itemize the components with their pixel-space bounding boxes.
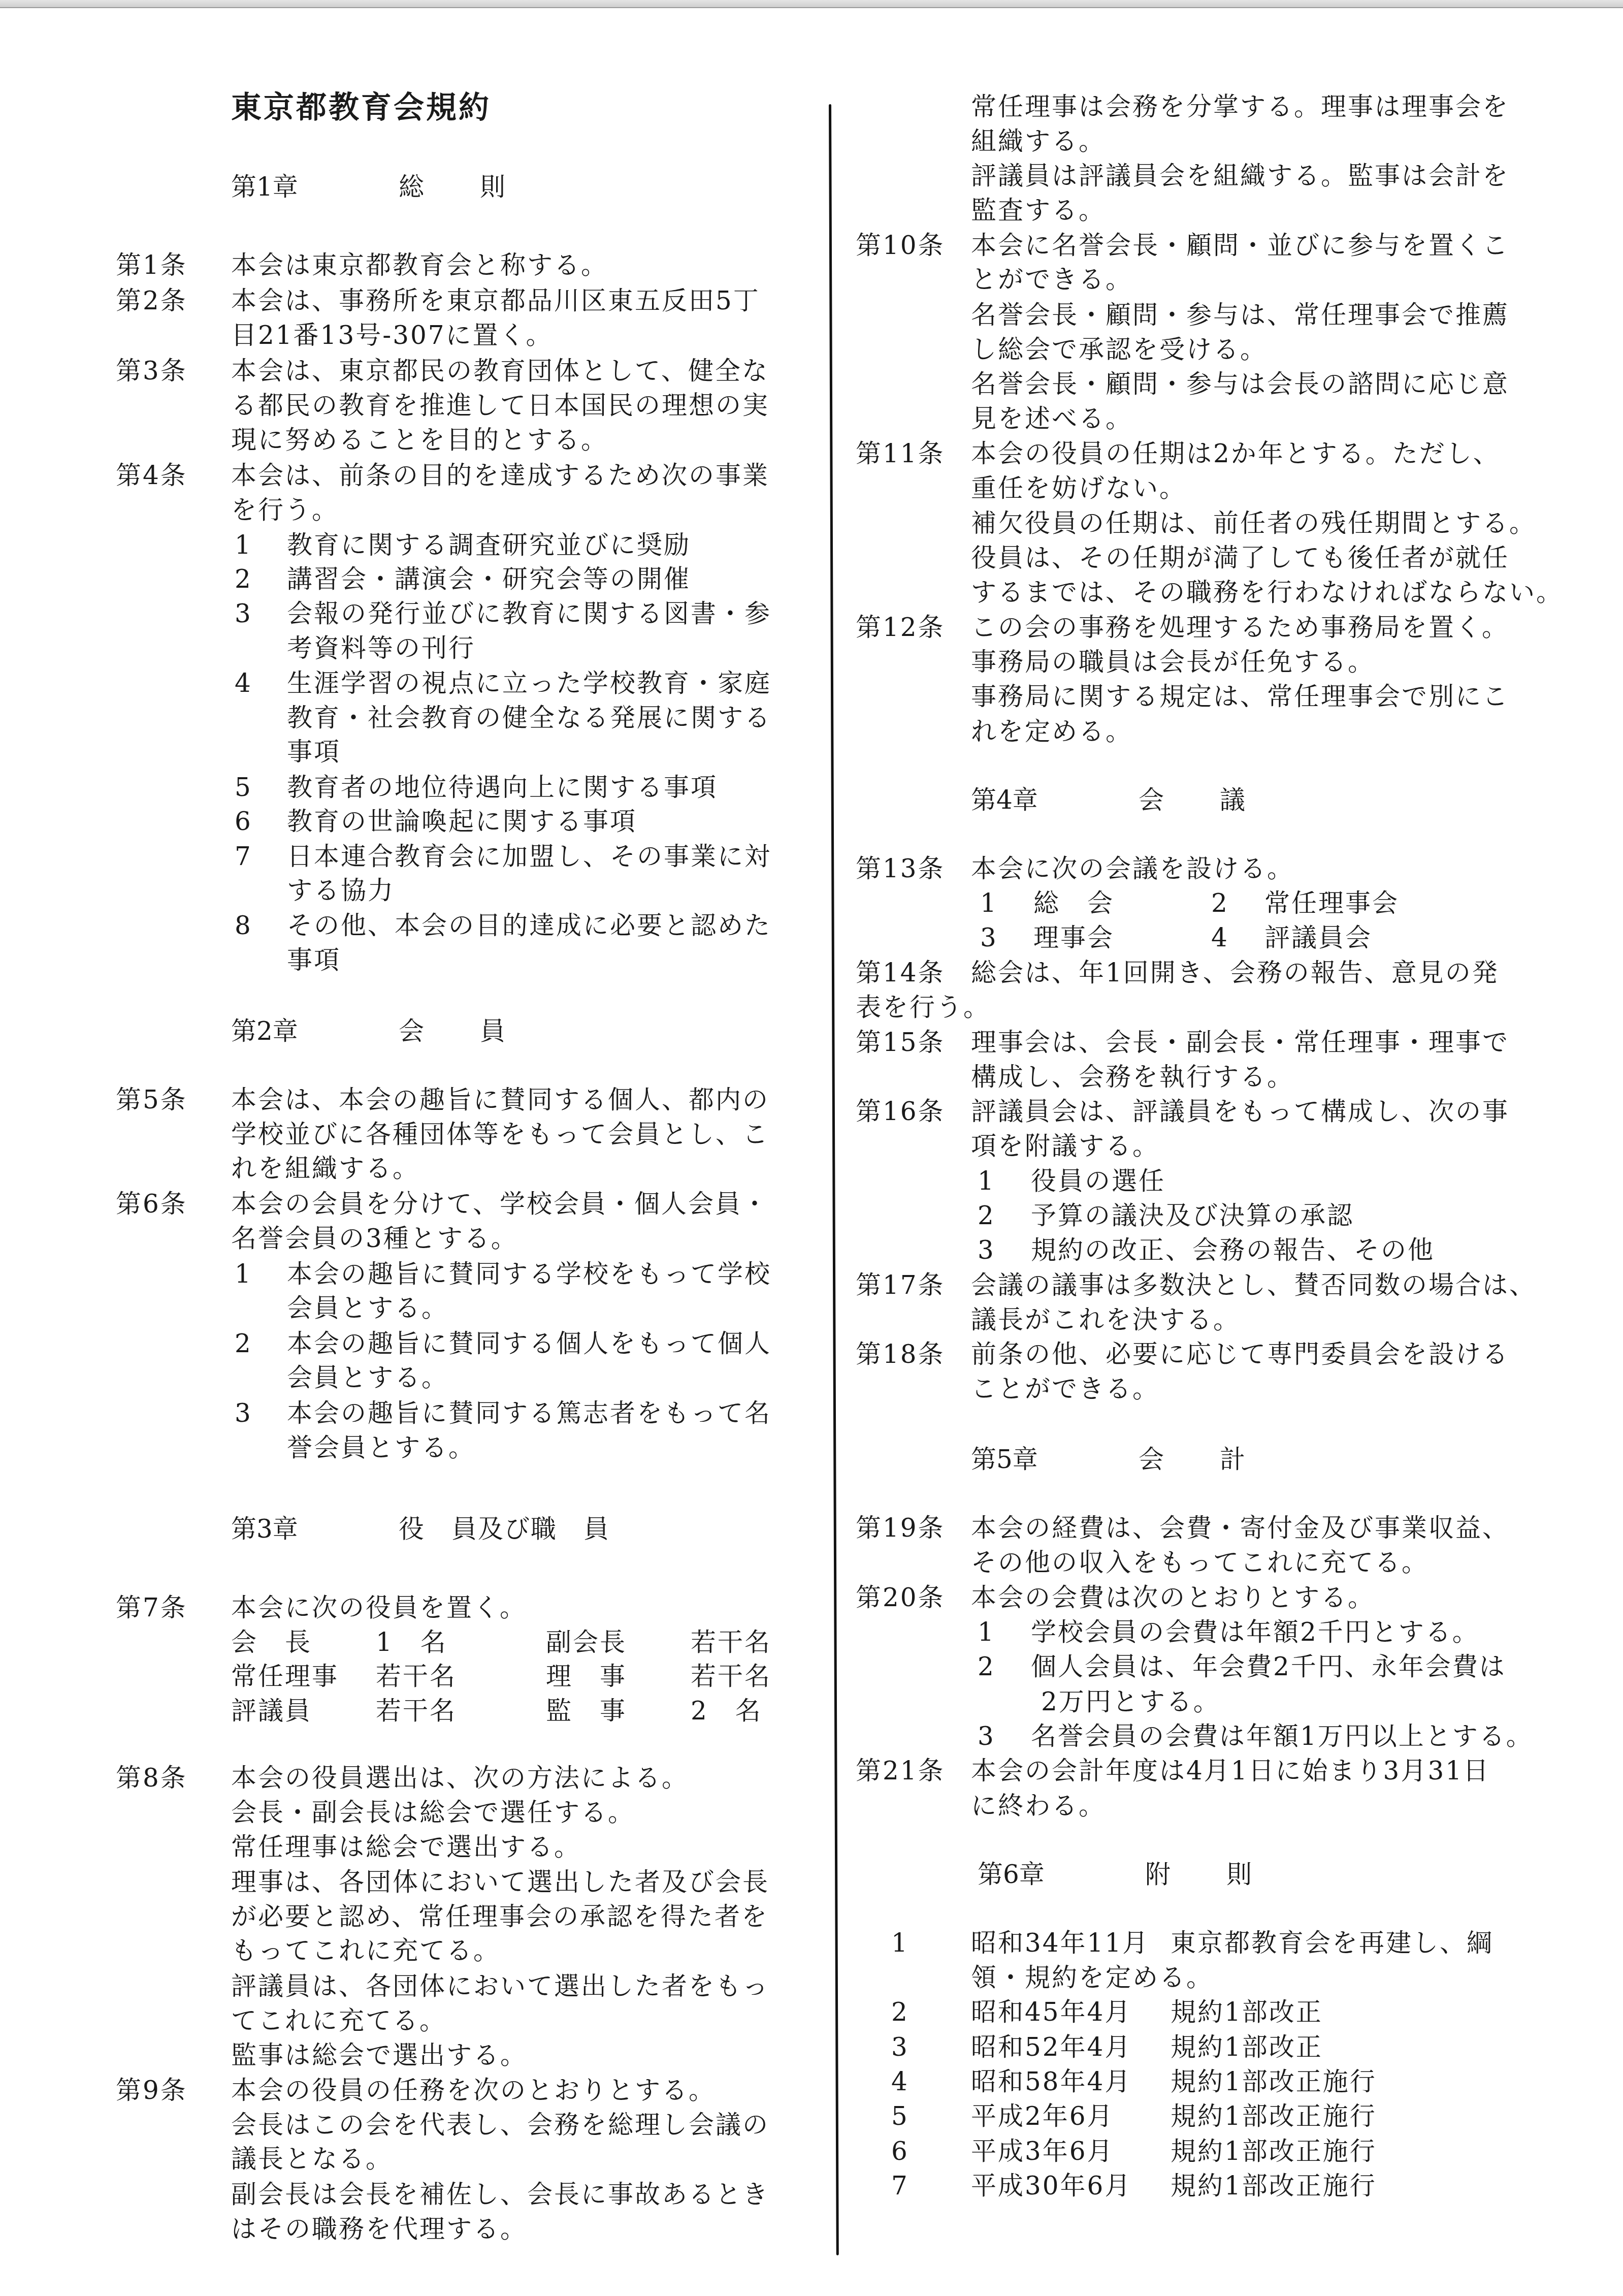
article-text: れを組織する。 [231, 1151, 419, 1186]
history-number: 1 [891, 1926, 909, 1960]
article-text: 副会長は会長を補佐し、会長に事故あるとき [231, 2177, 769, 2212]
article-label: 第19条 [856, 1511, 945, 1545]
article-text: 会員とする。 [287, 1360, 448, 1395]
article-text: 常任理事は会務を分掌する。理事は理事会を [971, 89, 1509, 124]
chapter-name-char: 則 [1226, 1857, 1252, 1892]
article-text: 教育者の地位待遇向上に関する事項 [287, 770, 718, 805]
article-label: 第18条 [856, 1337, 945, 1372]
article-text: 本会の役員の任務を次のとおりとする。 [231, 2073, 716, 2108]
article-text: 重任を妨げない。 [971, 471, 1186, 505]
table-cell: 2 [1211, 886, 1229, 920]
article-text: 会員とする。 [287, 1291, 448, 1325]
article-text: 理事は、各団体において選出した者及び会長 [231, 1865, 769, 1899]
history-date: 平成30年6月 [971, 2169, 1131, 2203]
item-number: 4 [235, 666, 252, 700]
article-text: 見を述べる。 [971, 401, 1132, 436]
article-text: 本会の趣旨に賛同する篤志者をもって名 [287, 1396, 771, 1430]
article-label: 第21条 [856, 1753, 945, 1788]
article-text: その他、本会の目的達成に必要と認めた [287, 908, 771, 943]
article-text: 本会に次の会議を設ける。 [971, 851, 1294, 886]
article-text: 本会は、事務所を東京都品川区東五反田5丁 [231, 283, 760, 318]
table-cell: 理 事 [546, 1659, 627, 1694]
item-number: 7 [235, 839, 252, 874]
article-text: その他の収入をもってこれに充てる。 [971, 1545, 1429, 1580]
article-text: 前条の他、必要に応じて専門委員会を設ける [971, 1337, 1509, 1372]
table-cell: 1 [980, 886, 998, 920]
table-cell: 1 名 [376, 1625, 447, 1660]
article-label: 第12条 [856, 610, 945, 645]
table-cell: 総 会 [1033, 886, 1114, 920]
chapter-name-char: 計 [1220, 1442, 1245, 1477]
article-text: 本会は、東京都民の教育団体として、健全な [231, 354, 769, 388]
article-text: はその職務を代理する。 [231, 2212, 527, 2246]
history-description: 規約1部改正施行 [1171, 2099, 1377, 2133]
article-text: 本会の会計年度は4月1日に始まり3月31日 [971, 1753, 1490, 1788]
chapter-name-char: 議 [1220, 783, 1245, 817]
article-text: 本会に次の役員を置く。 [231, 1590, 527, 1625]
history-date: 昭和58年4月 [971, 2064, 1131, 2099]
chapter-name-char: 会 [1139, 783, 1164, 817]
article-text: 名誉会長・顧問・参与は会長の諮問に応じ意 [971, 367, 1509, 401]
history-description: 規約1部改正施行 [1171, 2169, 1377, 2203]
article-label: 第20条 [856, 1580, 945, 1615]
article-text: 会長・副会長は総会で選任する。 [231, 1795, 635, 1830]
article-text: 本会の趣旨に賛同する個人をもって個人 [287, 1326, 771, 1361]
item-number: 1 [978, 1164, 995, 1198]
article-text: 総会は、年1回開き、会務の報告、意見の発 [971, 955, 1499, 990]
chapter-name-char: 総 [399, 170, 424, 204]
chapter-name: 会議 [1139, 783, 1245, 817]
article-text: 本会の趣旨に賛同する学校をもって学校 [287, 1257, 771, 1291]
article-text: 役員は、その任期が満了しても後任者が就任 [971, 540, 1509, 575]
history-number: 5 [891, 2099, 909, 2133]
table-cell: 評議員 [231, 1694, 312, 1728]
table-cell: 常任理事会 [1264, 886, 1399, 920]
article-text: 常任理事は総会で選出する。 [231, 1830, 581, 1864]
article-text: 本会の役員選出は、次の方法による。 [231, 1761, 689, 1795]
chapter-name: 会計 [1139, 1442, 1245, 1477]
column-divider [829, 104, 839, 2255]
item-number: 2 [978, 1198, 995, 1233]
article-text: 規約の改正、会務の報告、その他 [1031, 1233, 1435, 1267]
article-text: 誉会員とする。 [287, 1430, 475, 1465]
article-text: 議長がこれを決する。 [971, 1302, 1240, 1337]
article-label: 第11条 [856, 436, 945, 471]
article-text: 本会の会費は次のとおりとする。 [971, 1580, 1375, 1615]
article-text: 役員の選任 [1031, 1164, 1165, 1198]
article-text: 教育に関する調査研究並びに奨励 [287, 528, 691, 562]
article-text: 本会の経費は、会費・寄付金及び事業収益、 [971, 1511, 1509, 1545]
chapter-number: 第3章 [231, 1512, 298, 1546]
article-text: 本会は、前条の目的を達成するため次の事業 [231, 458, 769, 493]
item-number: 3 [235, 1396, 252, 1430]
item-number: 3 [978, 1233, 995, 1267]
article-text: 本会に名誉会長・顧問・並びに参与を置くこ [971, 228, 1509, 263]
article-text: 監事は総会で選出する。 [231, 2038, 527, 2072]
table-cell: 3 [980, 920, 998, 955]
article-label: 第4条 [116, 458, 187, 493]
chapter-number: 第5章 [971, 1442, 1038, 1477]
article-text: 表を行う。 [856, 990, 990, 1025]
history-description: 規約1部改正 [1171, 1995, 1323, 2029]
table-cell: 会 長 [231, 1625, 312, 1660]
history-number: 6 [891, 2134, 909, 2169]
article-text: する協力 [287, 873, 395, 908]
article-text: 考資料等の刊行 [287, 631, 475, 665]
article-text: が必要と認め、常任理事会の承認を得た者を [231, 1899, 768, 1934]
article-text: 2万円とする。 [1041, 1684, 1220, 1719]
article-text: 評議員会は、評議員をもって構成し、次の事 [971, 1094, 1509, 1129]
article-text: 本会は、本会の趣旨に賛同する個人、都内の [231, 1082, 769, 1117]
article-text: る都民の教育を推進して日本国民の理想の実 [231, 388, 769, 423]
article-text: 事項 [287, 735, 341, 769]
article-text: とができる。 [971, 262, 1132, 297]
item-number: 8 [235, 908, 252, 943]
chapter-name-char: 会 [1139, 1442, 1164, 1477]
article-text: 事務局の職員は会長が任免する。 [971, 645, 1375, 679]
item-number: 1 [235, 528, 252, 562]
article-label: 第16条 [856, 1094, 945, 1129]
table-cell: 若干名 [691, 1659, 771, 1694]
history-number: 2 [891, 1995, 909, 2029]
chapter-number: 第4章 [971, 783, 1038, 817]
chapter-name: 総則 [399, 170, 505, 204]
article-text: 名誉会員の3種とする。 [231, 1221, 518, 1256]
article-label: 第6条 [116, 1187, 187, 1221]
article-text: 補欠役員の任期は、前任者の残任期間とする。 [971, 506, 1536, 540]
article-text: 会長はこの会を代表し、会務を総理し会議の [231, 2108, 769, 2142]
history-description: 規約1部改正施行 [1171, 2064, 1377, 2099]
article-text: に終わる。 [971, 1789, 1106, 1823]
article-text: 理事会は、会長・副会長・常任理事・理事で [971, 1025, 1509, 1060]
article-label: 第3条 [116, 354, 187, 388]
chapter-name-char: 員 [480, 1014, 505, 1048]
article-text: 個人会員は、年会費2千円、永年会費は [1031, 1649, 1506, 1684]
article-text: 名誉会長・顧問・参与は、常任理事会で推薦 [971, 298, 1509, 332]
item-number: 2 [235, 562, 252, 596]
article-label: 第10条 [856, 228, 945, 263]
article-text: 目21番13号-307に置く。 [231, 318, 553, 353]
chapter-name: 会員 [399, 1014, 505, 1048]
table-cell: 若干名 [691, 1625, 771, 1660]
article-label: 第5条 [116, 1082, 187, 1117]
history-description: 規約1部改正施行 [1171, 2134, 1377, 2169]
article-text: 講習会・講演会・研究会等の開催 [287, 562, 691, 596]
article-text: てこれに充てる。 [231, 2003, 446, 2038]
article-text: を行う。 [231, 493, 339, 527]
article-text: この会の事務を処理するため事務局を置く。 [971, 610, 1509, 645]
chapter-name-char: 会 [399, 1014, 424, 1048]
article-text: ことができる。 [971, 1372, 1159, 1406]
article-text: 生涯学習の視点に立った学校教育・家庭 [287, 666, 771, 700]
table-cell: 評議員会 [1264, 920, 1372, 955]
article-label: 第9条 [116, 2073, 187, 2108]
article-label: 第13条 [856, 851, 945, 886]
chapter-name: 附則 [1145, 1857, 1252, 1892]
article-label: 第14条 [856, 955, 945, 990]
article-text: 会報の発行並びに教育に関する図書・参 [287, 596, 771, 631]
item-number: 6 [235, 804, 252, 839]
item-number: 1 [978, 1615, 995, 1649]
table-cell: 常任理事 [231, 1659, 339, 1694]
article-text: 本会の役員の任期は2か年とする。ただし、 [971, 436, 1500, 471]
chapter-number: 第6章 [978, 1857, 1045, 1892]
table-cell: 若干名 [376, 1694, 457, 1728]
document-title: 東京都教育会規約 [231, 87, 491, 128]
article-text: 組織する。 [971, 124, 1106, 158]
history-number: 3 [891, 2030, 909, 2064]
item-number: 5 [235, 770, 252, 805]
item-number: 3 [235, 596, 252, 631]
history-number: 4 [891, 2064, 909, 2099]
chapter-number: 第1章 [231, 170, 298, 204]
table-cell: 4 [1211, 920, 1229, 955]
history-date: 昭和45年4月 [971, 1995, 1131, 2029]
article-text: 学校会員の会費は年額2千円とする。 [1031, 1615, 1479, 1649]
scan-edge-band [0, 0, 1623, 8]
history-date: 平成2年6月 [971, 2099, 1114, 2133]
history-date: 領・規約を定める。 [971, 1960, 1213, 1995]
article-label: 第15条 [856, 1025, 945, 1060]
article-text: 議長となる。 [231, 2142, 393, 2176]
article-text: 名誉会員の会費は年額1万円以上とする。 [1031, 1719, 1533, 1753]
article-text: もってこれに充てる。 [231, 1933, 500, 1968]
article-label: 第8条 [116, 1761, 187, 1795]
article-text: 教育の世論喚起に関する事項 [287, 804, 637, 839]
article-text: 学校並びに各種団体等をもって会員とし、こ [231, 1117, 769, 1152]
article-text: 会議の議事は多数決とし、賛否同数の場合は、 [971, 1268, 1536, 1302]
article-text: 事項 [287, 943, 341, 977]
article-text: 評議員は評議員会を組織する。監事は会計を [971, 158, 1509, 193]
table-cell: 2 名 [691, 1694, 762, 1728]
table-cell: 若干名 [376, 1659, 457, 1694]
article-text: 本会は東京都教育会と称する。 [231, 248, 608, 282]
article-label: 第1条 [116, 248, 187, 282]
table-cell: 副会長 [546, 1625, 627, 1660]
history-date: 平成3年6月 [971, 2134, 1114, 2169]
article-label: 第17条 [856, 1268, 945, 1302]
article-text: 項を附議する。 [971, 1129, 1159, 1163]
chapter-name: 役 員及び職 員 [399, 1512, 610, 1546]
chapter-name-char: 則 [480, 170, 505, 204]
article-text: 教育・社会教育の健全なる発展に関する [287, 700, 771, 735]
article-text: 構成し、会務を執行する。 [971, 1060, 1294, 1094]
article-text: 日本連合教育会に加盟し、その事業に対 [287, 839, 771, 874]
article-text: れを定める。 [971, 714, 1132, 749]
item-number: 2 [978, 1649, 995, 1684]
article-text: 監査する。 [971, 193, 1106, 228]
history-number: 7 [891, 2169, 909, 2203]
history-date: 昭和52年4月 [971, 2030, 1131, 2064]
chapter-number: 第2章 [231, 1014, 298, 1048]
article-label: 第7条 [116, 1590, 187, 1625]
item-number: 1 [235, 1257, 252, 1291]
article-text: 評議員は、各団体において選出した者をもっ [231, 1969, 769, 2003]
table-cell: 監 事 [546, 1694, 627, 1728]
history-description: 東京都教育会を再建し、綱 [1171, 1926, 1494, 1960]
item-number: 3 [978, 1719, 995, 1753]
article-text: し総会で承認を受ける。 [971, 332, 1267, 367]
article-text: 事務局に関する規定は、常任理事会で別にこ [971, 679, 1509, 714]
table-cell: 理事会 [1033, 920, 1114, 955]
article-text: 現に努めることを目的とする。 [231, 423, 608, 457]
article-text: するまでは、その職務を行わなければならない。 [971, 575, 1563, 610]
item-number: 2 [235, 1326, 252, 1361]
article-text: 予算の議決及び決算の承認 [1031, 1198, 1354, 1233]
history-description: 規約1部改正 [1171, 2030, 1323, 2064]
history-date: 昭和34年11月 [971, 1926, 1149, 1960]
article-label: 第2条 [116, 283, 187, 318]
article-text: 本会の会員を分けて、学校会員・個人会員・ [231, 1187, 769, 1221]
chapter-name-char: 附 [1145, 1857, 1171, 1892]
